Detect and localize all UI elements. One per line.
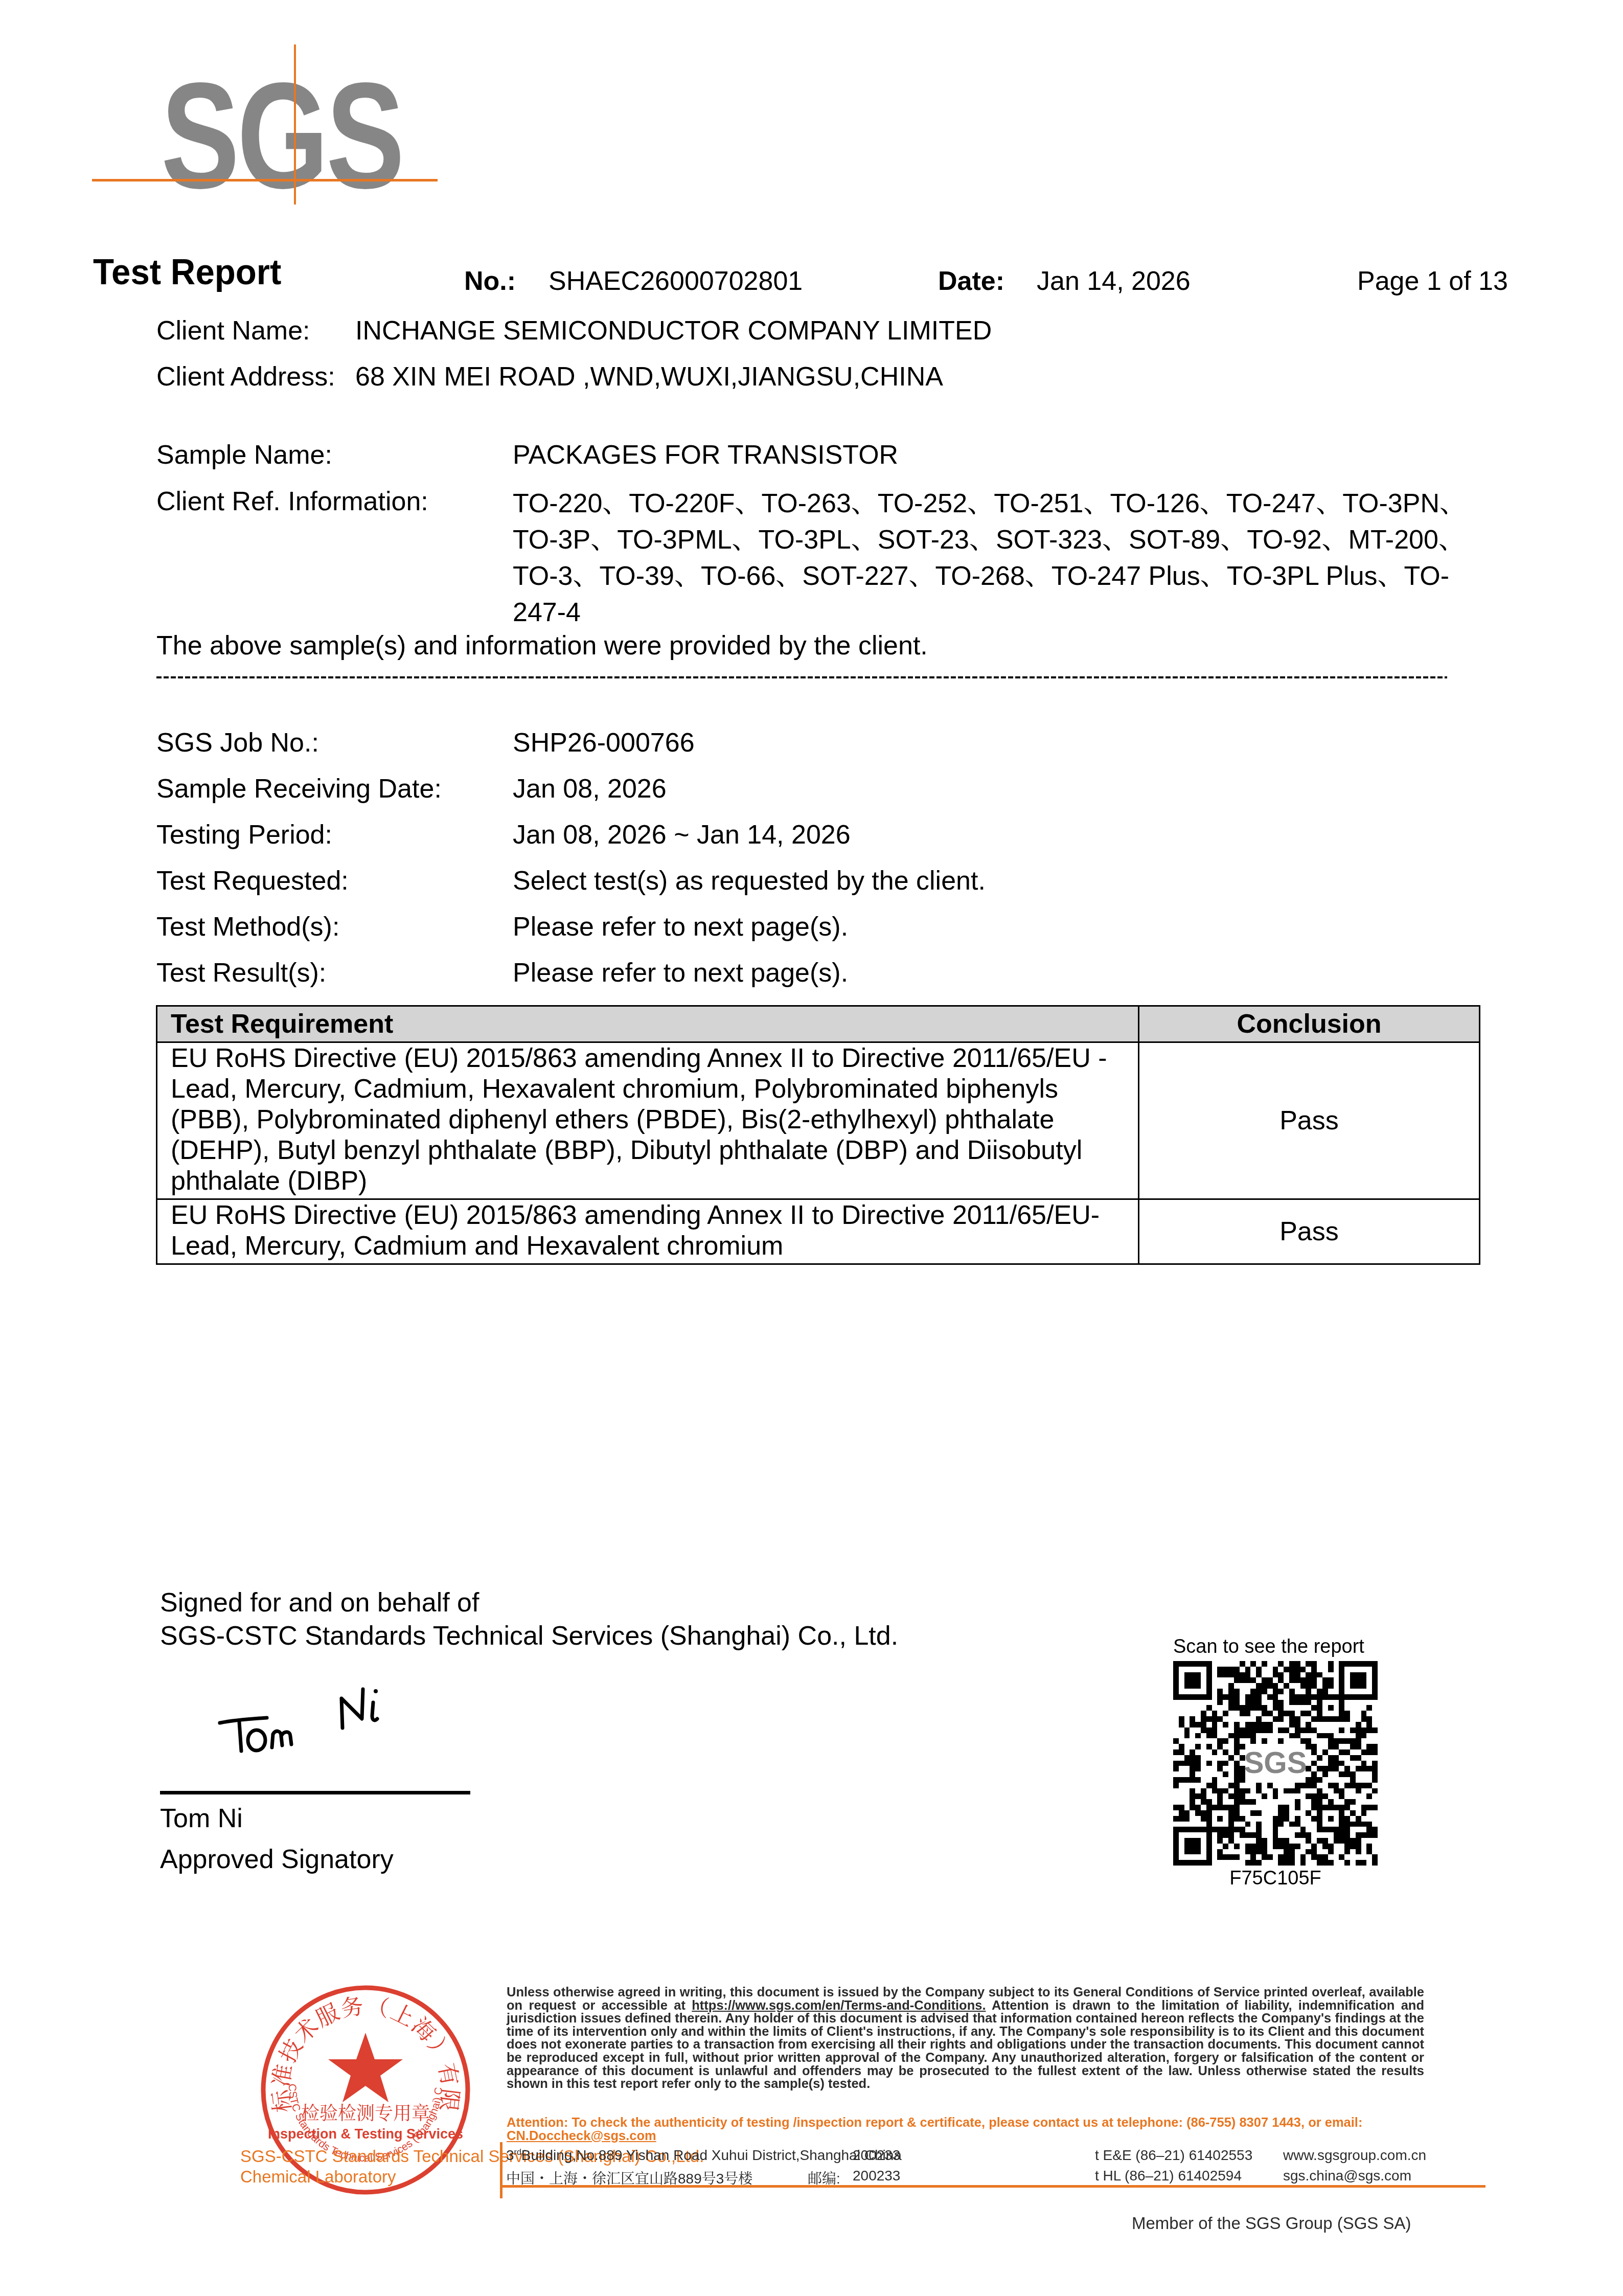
website-link[interactable]: www.sgsgroup.com.cn: [1283, 2147, 1426, 2164]
telephone-ee: t E&E (86–21) 61402553: [1095, 2147, 1252, 2164]
sample-name: PACKAGES FOR TRANSISTOR: [513, 440, 898, 470]
stamp-inner-en: Inspection & Testing Services: [268, 2126, 463, 2142]
stamp-star-icon: [328, 2033, 403, 2102]
qr-code-icon[interactable]: SGS: [1173, 1661, 1378, 1866]
lab-name-line2: Chemical Laboratory: [240, 2168, 396, 2186]
doccheck-email-link[interactable]: CN.Doccheck@sgs.com: [507, 2129, 656, 2143]
table-header-row: Test Requirement Conclusion: [157, 1006, 1480, 1042]
report-title: Test Report: [93, 252, 281, 292]
sample-name-label: Sample Name:: [156, 440, 332, 470]
job-no-label: SGS Job No.:: [156, 728, 319, 758]
signatory-title: Approved Signatory: [160, 1844, 394, 1875]
test-requested-label: Test Requested:: [156, 866, 349, 896]
client-address: 68 XIN MEI ROAD ,WND,WUXI,JIANGSU,CHINA: [355, 361, 943, 392]
conclusion-cell: Pass: [1139, 1042, 1480, 1199]
qr-center-logo: SGS: [1244, 1746, 1307, 1780]
signature-line: [160, 1791, 470, 1794]
test-requested: Select test(s) as requested by the clien…: [513, 866, 986, 896]
dashed-separator: [156, 676, 1447, 678]
report-no-label: No.:: [464, 266, 516, 297]
postcode-en: 200233: [853, 2147, 900, 2164]
receiving-date-label: Sample Receiving Date:: [156, 774, 442, 804]
client-name: INCHANGE SEMICONDUCTOR COMPANY LIMITED: [355, 315, 992, 346]
requirement-cell: EU RoHS Directive (EU) 2015/863 amending…: [157, 1199, 1139, 1264]
address-cn: 中国・上海・徐汇区宜山路889号3号楼: [506, 2168, 752, 2188]
table-row: EU RoHS Directive (EU) 2015/863 amending…: [157, 1199, 1480, 1264]
signed-for-label: Signed for and on behalf of: [160, 1587, 479, 1618]
results-table: Test Requirement Conclusion EU RoHS Dire…: [156, 1005, 1480, 1265]
attention-text: Attention: To check the authenticity of …: [507, 2116, 1362, 2130]
signing-company: SGS-CSTC Standards Technical Services (S…: [160, 1621, 898, 1651]
logo-vertical-rule: [294, 44, 296, 204]
test-method: Please refer to next page(s).: [513, 912, 848, 942]
sgs-group-member: Member of the SGS Group (SGS SA): [1132, 2214, 1411, 2233]
client-ref-info: TO-220、TO-220F、TO-263、TO-252、TO-251、TO-1…: [513, 486, 1484, 631]
handwritten-signature: [210, 1687, 424, 1789]
test-result: Please refer to next page(s).: [513, 958, 848, 988]
authenticity-notice: Attention: To check the authenticity of …: [507, 2117, 1427, 2143]
client-ref-label: Client Ref. Information:: [156, 486, 428, 517]
stamp-inner-cn: 检验检测专用章: [301, 2103, 430, 2124]
sgs-logo: SGS: [92, 36, 445, 204]
column-header-requirement: Test Requirement: [157, 1006, 1139, 1042]
test-result-label: Test Result(s):: [156, 958, 326, 988]
page-indicator: Page 1 of 13: [1357, 266, 1508, 297]
logo-horizontal-rule: [92, 179, 438, 181]
address-en: 3rdBuilding,No.889 Yishan Road Xuhui Dis…: [506, 2147, 902, 2164]
provided-note: The above sample(s) and information were…: [156, 630, 928, 661]
report-date-label: Date:: [938, 266, 1004, 297]
postcode-cn: 200233: [853, 2168, 900, 2184]
job-no: SHP26-000766: [513, 728, 695, 758]
email-link[interactable]: sgs.china@sgs.com: [1283, 2168, 1411, 2184]
telephone-hl: t HL (86–21) 61402594: [1095, 2168, 1242, 2184]
postcode-cn-label: 邮编:: [808, 2168, 840, 2188]
report-no: SHAEC26000702801: [548, 266, 803, 297]
table-row: EU RoHS Directive (EU) 2015/863 amending…: [157, 1042, 1480, 1199]
testing-period: Jan 08, 2026 ~ Jan 14, 2026: [513, 820, 851, 850]
footer-vertical-rule: [500, 2142, 502, 2198]
terms-link[interactable]: https://www.sgs.com/en/Terms-and-Conditi…: [692, 1998, 986, 2013]
column-header-conclusion: Conclusion: [1139, 1006, 1480, 1042]
client-name-label: Client Name:: [156, 315, 310, 346]
qr-verification-code: F75C105F: [1173, 1868, 1378, 1890]
requirement-cell: EU RoHS Directive (EU) 2015/863 amending…: [157, 1042, 1139, 1199]
qr-caption: Scan to see the report: [1173, 1636, 1393, 1658]
qr-block: Scan to see the report SGS F75C105F: [1173, 1636, 1393, 1890]
client-address-label: Client Address:: [156, 361, 335, 392]
conclusion-cell: Pass: [1139, 1199, 1480, 1264]
testing-period-label: Testing Period:: [156, 820, 332, 850]
test-method-label: Test Method(s):: [156, 912, 339, 942]
signatory-name: Tom Ni: [160, 1803, 243, 1834]
sgs-logo-text: SGS: [161, 74, 402, 197]
legal-text-2: Attention is drawn to the limitation of …: [507, 1998, 1424, 2092]
legal-disclaimer: Unless otherwise agreed in writing, this…: [507, 1986, 1424, 2091]
receiving-date: Jan 08, 2026: [513, 774, 667, 804]
report-date: Jan 14, 2026: [1037, 266, 1191, 297]
